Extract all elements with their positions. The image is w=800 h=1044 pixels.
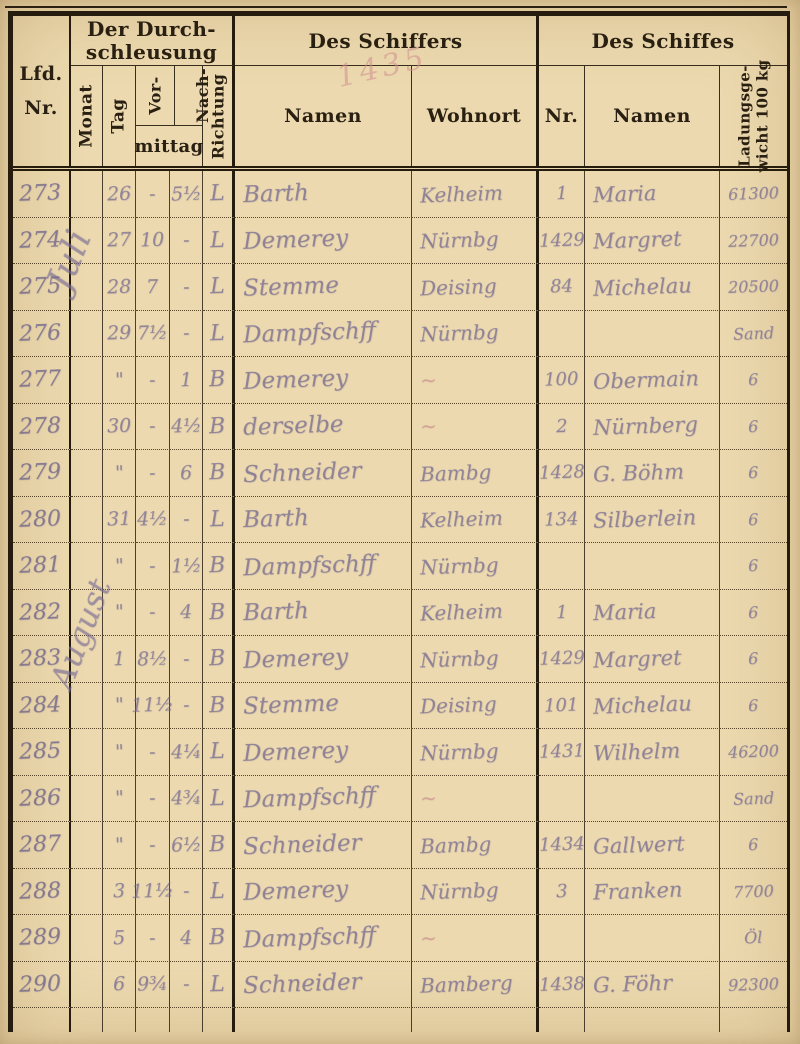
cell-schiff-name: Margret bbox=[585, 636, 720, 683]
header-col-vor: Vor- bbox=[136, 66, 175, 125]
lfd-nr-value: 281 bbox=[19, 553, 62, 579]
nachmittag-value: - bbox=[182, 508, 189, 530]
cell-schiffer-name: Barth bbox=[235, 497, 412, 544]
tag-value: 27 bbox=[107, 229, 132, 252]
cell-schiff-name: Obermain bbox=[585, 357, 720, 404]
lfd-nr-value: 285 bbox=[19, 739, 62, 765]
cell-lfd-nr: 287 bbox=[13, 822, 71, 869]
cell-lfd-nr: 286 bbox=[13, 776, 71, 823]
cell-schiff-nr: 1428 bbox=[539, 450, 585, 497]
col-schiff-namen-label: Namen bbox=[613, 105, 691, 127]
tag-value: 28 bbox=[107, 275, 132, 298]
cell-ladung: Sand bbox=[720, 311, 787, 358]
cell-schiff-name: Nürnberg bbox=[585, 404, 720, 451]
cell-schiff-nr: 1429 bbox=[539, 218, 585, 265]
cell-tag: 6 bbox=[103, 962, 136, 1009]
vormittag-value: 8½ bbox=[137, 647, 168, 670]
cell-wohnort: Kelheim bbox=[412, 497, 539, 544]
header-col-ladungsgewicht: Ladungsge- wicht 100 kg bbox=[720, 66, 787, 166]
schiffer-name-value: Schneider bbox=[243, 458, 362, 488]
cell-tag: " bbox=[103, 729, 136, 776]
schiffer-name-value: Demerey bbox=[243, 365, 349, 395]
wohnort-value: ~ bbox=[420, 367, 438, 392]
cell-ladung: 6 bbox=[720, 497, 787, 544]
cell-schiff-name: Franken bbox=[585, 869, 720, 916]
tag-value: " bbox=[114, 694, 124, 716]
cell-richtung: B bbox=[203, 357, 235, 404]
schiffer-name-value: Schneider bbox=[243, 830, 362, 860]
schiffer-name-value: Demerey bbox=[243, 876, 349, 906]
schiff-name-value: Gallwert bbox=[593, 831, 685, 858]
nachmittag-value: 1 bbox=[180, 369, 193, 391]
header-col-mittag: mittag bbox=[136, 126, 202, 166]
schiff-name-value: Franken bbox=[593, 878, 683, 905]
cell-schiff-nr: 1 bbox=[539, 171, 585, 218]
schiffer-name-value: Demerey bbox=[243, 225, 349, 255]
ladung-value: Öl bbox=[744, 928, 763, 948]
table-row: 275 28 7 - L Stemme Deising 84 Michelau … bbox=[13, 264, 787, 311]
nachmittag-value: 6½ bbox=[170, 833, 201, 856]
schiff-name-value: Wilhelm bbox=[593, 738, 681, 765]
schiff-name-value: Margret bbox=[593, 227, 682, 254]
cell-vormittag: - bbox=[136, 404, 170, 451]
cell-schiffer-name: Schneider bbox=[235, 450, 412, 497]
wohnort-value: Nürnbg bbox=[420, 227, 499, 254]
col-mittag-label: mittag bbox=[134, 136, 203, 157]
schiff-nr-value: 2 bbox=[555, 416, 567, 437]
ladung-value: Sand bbox=[733, 788, 775, 808]
cell-monat bbox=[71, 497, 103, 544]
cell-wohnort: Nürnbg bbox=[412, 218, 539, 265]
ladung-value: 6 bbox=[748, 835, 759, 854]
schiffer-name-value: Demerey bbox=[243, 644, 349, 674]
vormittag-value: - bbox=[149, 927, 156, 949]
cell-schiff-name: Michelau bbox=[585, 264, 720, 311]
wohnort-value: ~ bbox=[420, 786, 438, 811]
cell-schiff-nr bbox=[539, 915, 585, 962]
schiff-name-value: Obermain bbox=[593, 366, 700, 394]
lfd-nr-value: 278 bbox=[19, 413, 62, 439]
cell-richtung: B bbox=[203, 683, 235, 730]
ladung-value: 6 bbox=[748, 556, 759, 575]
tag-value: 5 bbox=[113, 927, 126, 949]
tail-cell bbox=[539, 1008, 585, 1032]
ladung-value: 6 bbox=[748, 510, 759, 529]
cell-richtung: L bbox=[203, 311, 235, 358]
cell-lfd-nr: 281 bbox=[13, 543, 71, 590]
group-durchschleusung-line1: Der Durch- bbox=[87, 18, 216, 41]
schiffer-name-value: Dampfschff bbox=[243, 783, 377, 814]
cell-schiff-name: G. Böhm bbox=[585, 450, 720, 497]
nachmittag-value: 1½ bbox=[170, 554, 201, 577]
col-richtung-label: Richtung bbox=[208, 73, 227, 159]
cell-ladung: Öl bbox=[720, 915, 787, 962]
cell-richtung: L bbox=[203, 776, 235, 823]
cell-richtung: L bbox=[203, 869, 235, 916]
vormittag-value: - bbox=[149, 555, 156, 577]
col-tag-label: Tag bbox=[109, 98, 129, 133]
col-ladung-lines: Ladungsge- wicht 100 kg bbox=[736, 59, 772, 172]
col-ladung-line1: Ladungsge- bbox=[736, 65, 754, 167]
cell-wohnort: ~ bbox=[412, 357, 539, 404]
cell-nachmittag: 5½ bbox=[170, 171, 203, 218]
tag-value: 26 bbox=[107, 182, 132, 205]
lfd-nr-value: 277 bbox=[19, 367, 62, 393]
tail-cell bbox=[103, 1008, 136, 1032]
cell-monat bbox=[71, 869, 103, 916]
cell-ladung: 46200 bbox=[720, 729, 787, 776]
table-tail bbox=[13, 1008, 787, 1032]
ladung-value: Sand bbox=[733, 323, 775, 343]
cell-tag: " bbox=[103, 776, 136, 823]
cell-lfd-nr: 279 bbox=[13, 450, 71, 497]
tag-value: " bbox=[114, 555, 124, 577]
tail-cell bbox=[412, 1008, 539, 1032]
cell-nachmittag: - bbox=[170, 636, 203, 683]
cell-nachmittag: 6½ bbox=[170, 822, 203, 869]
table-row: 278 30 - 4½ B derselbe ~ 2 Nürnberg 6 bbox=[13, 404, 787, 451]
cell-nachmittag: - bbox=[170, 218, 203, 265]
cell-tag: " bbox=[103, 450, 136, 497]
nachmittag-value: - bbox=[182, 880, 189, 902]
cell-vormittag: 4½ bbox=[136, 497, 170, 544]
ladung-value: 6 bbox=[748, 417, 759, 436]
cell-vormittag: 9¾ bbox=[136, 962, 170, 1009]
tail-cell bbox=[203, 1008, 235, 1032]
schiffer-name-value: Dampfschff bbox=[243, 318, 377, 349]
cell-schiff-name: G. Föhr bbox=[585, 962, 720, 1009]
schiff-name-value: Silberlein bbox=[593, 505, 697, 533]
richtung-value: L bbox=[210, 739, 225, 764]
schiff-nr-value: 1429 bbox=[538, 647, 585, 670]
cell-wohnort: Bambg bbox=[412, 450, 539, 497]
lfd-nr-value: 284 bbox=[19, 692, 62, 718]
cell-richtung: L bbox=[203, 962, 235, 1009]
cell-ladung: 6 bbox=[720, 636, 787, 683]
richtung-value: B bbox=[209, 460, 226, 486]
wohnort-value: Kelheim bbox=[420, 506, 504, 533]
vormittag-value: - bbox=[149, 369, 156, 391]
cell-wohnort: ~ bbox=[412, 776, 539, 823]
cell-schiff-nr bbox=[539, 311, 585, 358]
cell-schiffer-name: Demerey bbox=[235, 729, 412, 776]
cell-tag: 27 bbox=[103, 218, 136, 265]
col-ladung-line2: wicht 100 kg bbox=[754, 59, 772, 172]
vormittag-value: - bbox=[149, 462, 156, 484]
cell-nachmittag: 6 bbox=[170, 450, 203, 497]
table-row: 288 3 11½ - L Demerey Nürnbg 3 Franken 7… bbox=[13, 869, 787, 916]
table-row: 282 " - 4 B Barth Kelheim 1 Maria 6 bbox=[13, 590, 787, 637]
cell-richtung: B bbox=[203, 822, 235, 869]
vormittag-value: 10 bbox=[140, 229, 165, 252]
cell-lfd-nr: 273 bbox=[13, 171, 71, 218]
cell-schiffer-name: derselbe bbox=[235, 404, 412, 451]
cell-vormittag: 11½ bbox=[136, 869, 170, 916]
cell-richtung: B bbox=[203, 636, 235, 683]
cell-schiffer-name: Schneider bbox=[235, 962, 412, 1009]
cell-ladung: 6 bbox=[720, 450, 787, 497]
lfd-nr-value: 282 bbox=[19, 599, 62, 625]
cell-wohnort: Bambg bbox=[412, 822, 539, 869]
table-body: 273 26 - 5½ L Barth Kelheim 1 Maria 6130… bbox=[13, 171, 787, 1008]
cell-vormittag: - bbox=[136, 543, 170, 590]
schiff-nr-value: 1429 bbox=[538, 229, 585, 252]
group-schiffes-label: Des Schiffes bbox=[591, 29, 734, 53]
cell-wohnort: Nürnbg bbox=[412, 636, 539, 683]
cell-nachmittag: - bbox=[170, 311, 203, 358]
cell-schiff-nr: 1429 bbox=[539, 636, 585, 683]
lfd-nr-value: 276 bbox=[19, 320, 62, 346]
nachmittag-value: 4¾ bbox=[170, 787, 201, 810]
schiffer-name-value: Dampfschff bbox=[243, 922, 377, 953]
cell-schiff-name: Wilhelm bbox=[585, 729, 720, 776]
wohnort-value: Nürnbg bbox=[420, 645, 499, 672]
wohnort-value: Deising bbox=[420, 273, 497, 300]
cell-vormittag: - bbox=[136, 776, 170, 823]
tag-value: " bbox=[114, 741, 124, 763]
ladung-value: 22700 bbox=[728, 230, 780, 251]
cell-richtung: L bbox=[203, 171, 235, 218]
table-row: 285 " - 4¼ L Demerey Nürnbg 1431 Wilhelm… bbox=[13, 729, 787, 776]
ladung-value: 6 bbox=[748, 603, 759, 622]
wohnort-value: Kelheim bbox=[420, 180, 504, 207]
table-row: 280 31 4½ - L Barth Kelheim 134 Silberle… bbox=[13, 497, 787, 544]
cell-lfd-nr: 285 bbox=[13, 729, 71, 776]
cell-nachmittag: - bbox=[170, 869, 203, 916]
ladung-value: 92300 bbox=[728, 974, 780, 995]
richtung-value: B bbox=[209, 692, 226, 718]
richtung-value: L bbox=[210, 507, 225, 532]
ladung-value: 6 bbox=[748, 463, 759, 482]
cell-monat bbox=[71, 311, 103, 358]
schiffer-name-value: derselbe bbox=[243, 412, 344, 441]
cell-nachmittag: 1 bbox=[170, 357, 203, 404]
cell-monat bbox=[71, 404, 103, 451]
ledger-page: Lfd. Nr. Der Durch- schleusung Des Schif… bbox=[0, 0, 800, 1044]
cell-wohnort: ~ bbox=[412, 404, 539, 451]
richtung-value: L bbox=[210, 181, 225, 206]
tag-value: " bbox=[114, 369, 124, 391]
tag-value: " bbox=[114, 462, 124, 484]
cell-schiff-name: Silberlein bbox=[585, 497, 720, 544]
cell-ladung: 20500 bbox=[720, 264, 787, 311]
table-row: 283 1 8½ - B Demerey Nürnbg 1429 Margret… bbox=[13, 636, 787, 683]
lfd-nr-value: 280 bbox=[19, 506, 62, 532]
cell-schiffer-name: Dampfschff bbox=[235, 915, 412, 962]
cell-ladung: 6 bbox=[720, 543, 787, 590]
cell-schiff-name: Maria bbox=[585, 590, 720, 637]
tail-cell bbox=[71, 1008, 103, 1032]
cell-vormittag: - bbox=[136, 915, 170, 962]
schiffer-name-value: Stemme bbox=[243, 691, 340, 720]
header-col-schiff-nr: Nr. bbox=[539, 66, 585, 166]
cell-wohnort: Nürnbg bbox=[412, 311, 539, 358]
tail-cell bbox=[720, 1008, 787, 1032]
cell-schiff-nr bbox=[539, 776, 585, 823]
tag-value: " bbox=[114, 601, 124, 623]
tag-value: " bbox=[114, 834, 124, 856]
tag-value: 6 bbox=[113, 973, 126, 995]
cell-lfd-nr: 277 bbox=[13, 357, 71, 404]
wohnort-value: Bambg bbox=[420, 460, 492, 486]
cell-ladung: 22700 bbox=[720, 218, 787, 265]
cell-ladung: Sand bbox=[720, 776, 787, 823]
cell-schiff-name bbox=[585, 776, 720, 823]
cell-schiff-name bbox=[585, 915, 720, 962]
nachmittag-value: 4 bbox=[180, 927, 193, 949]
cell-ladung: 92300 bbox=[720, 962, 787, 1009]
cell-schiffer-name: Barth bbox=[235, 590, 412, 637]
wohnort-value: Bambg bbox=[420, 832, 492, 858]
tail-cell bbox=[170, 1008, 203, 1032]
lfd-nr-value: 273 bbox=[19, 181, 62, 207]
lfd-nr-value: 288 bbox=[19, 878, 62, 904]
cell-schiff-nr: 3 bbox=[539, 869, 585, 916]
vormittag-value: - bbox=[149, 183, 156, 205]
cell-schiff-name: Gallwert bbox=[585, 822, 720, 869]
lfd-nr-value: 287 bbox=[19, 832, 62, 858]
wohnort-value: Bamberg bbox=[420, 971, 513, 998]
vormittag-value: 7½ bbox=[137, 322, 168, 345]
cell-monat bbox=[71, 171, 103, 218]
nachmittag-value: 4¼ bbox=[170, 740, 201, 763]
table-row: 276 29 7½ - L Dampfschff Nürnbg Sand bbox=[13, 311, 787, 358]
cell-nachmittag: 4 bbox=[170, 590, 203, 637]
schiff-name-value: Margret bbox=[593, 645, 682, 672]
nachmittag-value: - bbox=[182, 229, 189, 251]
cell-lfd-nr: 288 bbox=[13, 869, 71, 916]
ladung-value: 7700 bbox=[733, 881, 774, 901]
wohnort-value: Nürnbg bbox=[420, 552, 499, 579]
table-row: 284 " 11½ - B Stemme Deising 101 Michela… bbox=[13, 683, 787, 730]
cell-richtung: B bbox=[203, 450, 235, 497]
schiffer-name-value: Barth bbox=[243, 180, 310, 208]
cell-richtung: L bbox=[203, 729, 235, 776]
cell-tag: 30 bbox=[103, 404, 136, 451]
schiff-nr-value: 101 bbox=[544, 694, 579, 716]
cell-nachmittag: - bbox=[170, 497, 203, 544]
tail-cell bbox=[13, 1008, 71, 1032]
cell-lfd-nr: 276 bbox=[13, 311, 71, 358]
cell-monat bbox=[71, 962, 103, 1009]
cell-nachmittag: - bbox=[170, 683, 203, 730]
tag-value: 31 bbox=[107, 508, 132, 531]
cell-wohnort: Nürnbg bbox=[412, 729, 539, 776]
cell-schiff-nr: 101 bbox=[539, 683, 585, 730]
richtung-value: L bbox=[210, 972, 225, 997]
cell-ladung: 7700 bbox=[720, 869, 787, 916]
cell-schiffer-name: Barth bbox=[235, 171, 412, 218]
cell-schiff-nr: 134 bbox=[539, 497, 585, 544]
cell-schiffer-name: Demerey bbox=[235, 636, 412, 683]
cell-schiff-name bbox=[585, 543, 720, 590]
cell-schiff-nr: 1438 bbox=[539, 962, 585, 1009]
cell-wohnort: Bamberg bbox=[412, 962, 539, 1009]
vormittag-value: - bbox=[149, 601, 156, 623]
cell-schiff-name: Maria bbox=[585, 171, 720, 218]
wohnort-value: Nürnbg bbox=[420, 878, 499, 905]
schiff-name-value: Michelau bbox=[593, 692, 692, 719]
col-ladung-rotated: Ladungsge- wicht 100 kg bbox=[736, 59, 772, 172]
schiff-nr-value: 134 bbox=[544, 508, 579, 530]
schiff-nr-value: 1 bbox=[555, 602, 567, 623]
cell-vormittag: - bbox=[136, 729, 170, 776]
cell-vormittag: 7½ bbox=[136, 311, 170, 358]
cell-vormittag: - bbox=[136, 357, 170, 404]
header-col-vor-nachmittag: Vor- Nach- mittag bbox=[136, 66, 203, 166]
richtung-value: B bbox=[209, 413, 226, 439]
cell-schiffer-name: Dampfschff bbox=[235, 543, 412, 590]
vormittag-value: 4½ bbox=[137, 508, 168, 531]
table-row: 289 5 - 4 B Dampfschff ~ Öl bbox=[13, 915, 787, 962]
cell-vormittag: 8½ bbox=[136, 636, 170, 683]
header-col-richtung: Richtung bbox=[203, 66, 235, 166]
col-schiffer-namen-label: Namen bbox=[284, 105, 362, 127]
cell-vormittag: 10 bbox=[136, 218, 170, 265]
cell-tag: " bbox=[103, 357, 136, 404]
header-lfd-line1: Lfd. bbox=[19, 63, 62, 85]
nachmittag-value: 6 bbox=[180, 462, 193, 484]
vormittag-value: 7 bbox=[146, 276, 159, 298]
richtung-value: B bbox=[209, 832, 226, 858]
cell-lfd-nr: 284 bbox=[13, 683, 71, 730]
cell-lfd-nr: 280 bbox=[13, 497, 71, 544]
cell-nachmittag: 1½ bbox=[170, 543, 203, 590]
header-col-schiff-namen: Namen bbox=[585, 66, 720, 166]
tag-value: 3 bbox=[113, 880, 126, 902]
cell-lfd-nr: 289 bbox=[13, 915, 71, 962]
cell-lfd-nr: 278 bbox=[13, 404, 71, 451]
cell-tag: 29 bbox=[103, 311, 136, 358]
ladung-value: 6 bbox=[748, 649, 759, 668]
cell-ladung: 61300 bbox=[720, 171, 787, 218]
wohnort-value: Deising bbox=[420, 692, 497, 719]
nachmittag-value: 5½ bbox=[170, 182, 201, 205]
cell-schiff-nr: 2 bbox=[539, 404, 585, 451]
schiff-name-value: Maria bbox=[593, 181, 657, 207]
cell-richtung: B bbox=[203, 404, 235, 451]
wohnort-value: Kelheim bbox=[420, 599, 504, 626]
header-lfd-line2: Nr. bbox=[24, 97, 57, 119]
schiff-nr-value: 1428 bbox=[538, 461, 585, 484]
cell-vormittag: 7 bbox=[136, 264, 170, 311]
lfd-nr-value: 286 bbox=[19, 785, 62, 811]
cell-schiffer-name: Demerey bbox=[235, 218, 412, 265]
cell-schiff-nr: 1431 bbox=[539, 729, 585, 776]
cell-richtung: L bbox=[203, 218, 235, 265]
vormittag-value: 9¾ bbox=[137, 973, 168, 996]
richtung-value: B bbox=[209, 367, 226, 393]
tail-cell bbox=[235, 1008, 412, 1032]
cell-schiff-name bbox=[585, 311, 720, 358]
tag-value: 29 bbox=[107, 322, 132, 345]
cell-schiffer-name: Stemme bbox=[235, 683, 412, 730]
richtung-value: L bbox=[210, 786, 225, 811]
cell-tag: 5 bbox=[103, 915, 136, 962]
lfd-nr-value: 289 bbox=[19, 925, 62, 951]
nachmittag-value: - bbox=[182, 322, 189, 344]
schiff-nr-value: 1434 bbox=[538, 833, 585, 856]
ladung-value: 61300 bbox=[728, 183, 780, 204]
schiffer-name-value: Schneider bbox=[243, 969, 362, 999]
richtung-value: L bbox=[210, 228, 225, 253]
cell-vormittag: - bbox=[136, 450, 170, 497]
cell-vormittag: 11½ bbox=[136, 683, 170, 730]
cell-richtung: L bbox=[203, 497, 235, 544]
schiff-nr-value: 1431 bbox=[538, 740, 585, 763]
cell-monat bbox=[71, 822, 103, 869]
nachmittag-value: 4 bbox=[180, 601, 193, 623]
